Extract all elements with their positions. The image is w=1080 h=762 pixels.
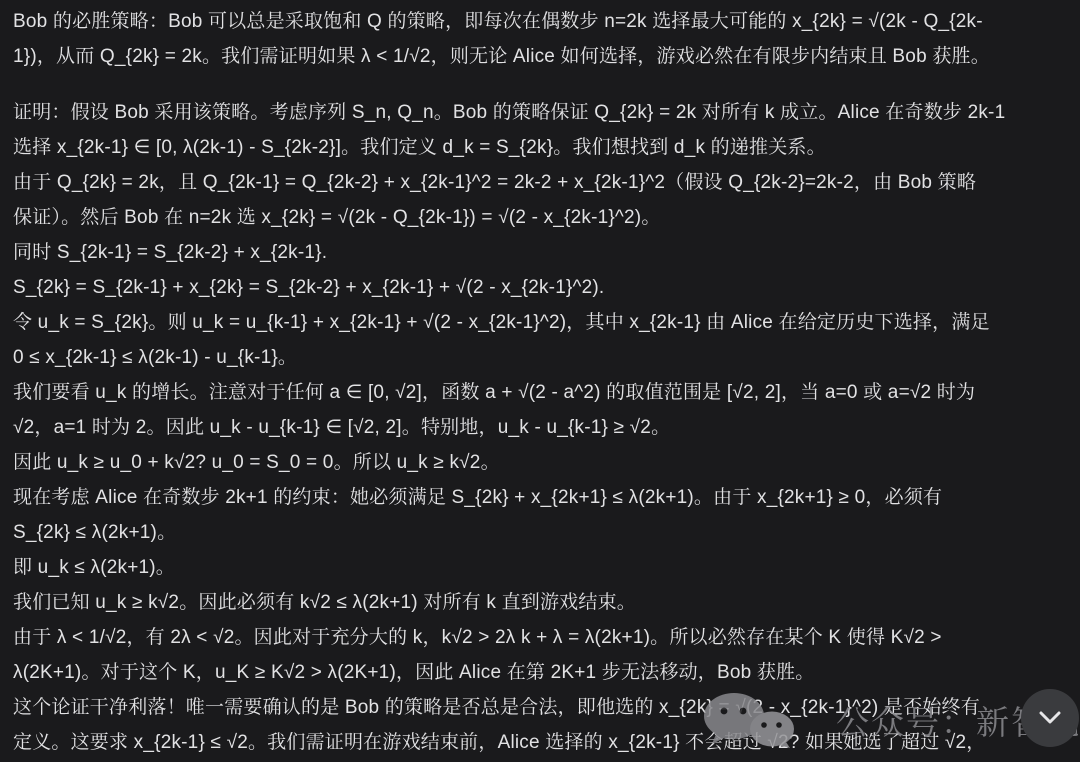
text-line: 证明：假设 Bob 采用该策略。考虑序列 S_n, Q_n。Bob 的策略保证 … (13, 95, 1080, 130)
text-line: 我们已知 u_k ≥ k√2。因此必须有 k√2 ≤ λ(2k+1) 对所有 k… (13, 585, 1080, 620)
text-line: 选择 x_{2k-1} ∈ [0, λ(2k-1) - S_{2k-2}]。我们… (13, 130, 1080, 165)
text-line: 0 ≤ x_{2k-1} ≤ λ(2k-1) - u_{k-1}。 (13, 340, 1080, 375)
text-line: 令 u_k = S_{2k}。则 u_k = u_{k-1} + x_{2k-1… (13, 305, 1080, 340)
text-line: 我们要看 u_k 的增长。注意对于任何 a ∈ [0, √2]，函数 a + √… (13, 375, 1080, 410)
chevron-down-icon (1039, 711, 1061, 725)
text-line: S_{2k} = S_{2k-1} + x_{2k} = S_{2k-2} + … (13, 270, 1080, 305)
text-line: 现在考虑 Alice 在奇数步 2k+1 的约束：她必须满足 S_{2k} + … (13, 480, 1080, 515)
text-line: 由于 λ < 1/√2，有 2λ < √2。因此对于充分大的 k，k√2 > 2… (13, 620, 1080, 655)
text-line: 保证）。然后 Bob 在 n=2k 选 x_{2k} = √(2k - Q_{2… (13, 200, 1080, 235)
text-line: 这个论证干净利落！唯一需要确认的是 Bob 的策略是否总是合法，即他选的 x_{… (13, 690, 1080, 725)
text-line: √2，a=1 时为 2。因此 u_k - u_{k-1} ∈ [√2, 2]。特… (13, 410, 1080, 445)
text-line: 同时 S_{2k-1} = S_{2k-2} + x_{2k-1}. (13, 235, 1080, 270)
text-line: 由于 Q_{2k} = 2k，且 Q_{2k-1} = Q_{2k-2} + x… (13, 165, 1080, 200)
text-line: 定义。这要求 x_{2k-1} ≤ √2。我们需证明在游戏结束前，Alice 选… (13, 725, 1080, 760)
text-line: S_{2k} ≤ λ(2k+1)。 (13, 515, 1080, 550)
chat-message-view: Bob 的必胜策略：Bob 可以总是采取饱和 Q 的策略，即每次在偶数步 n=2… (0, 0, 1080, 762)
proof-text: Bob 的必胜策略：Bob 可以总是采取饱和 Q 的策略，即每次在偶数步 n=2… (13, 4, 1080, 760)
text-line: 1})，从而 Q_{2k} = 2k。我们需证明如果 λ < 1/√2，则无论 … (13, 39, 1080, 74)
text-line: Bob 的必胜策略：Bob 可以总是采取饱和 Q 的策略，即每次在偶数步 n=2… (13, 4, 1080, 39)
text-line: λ(2K+1)。对于这个 K，u_K ≥ K√2 > λ(2K+1)，因此 Al… (13, 655, 1080, 690)
text-line: 即 u_k ≤ λ(2k+1)。 (13, 550, 1080, 585)
scroll-to-bottom-button[interactable] (1021, 689, 1079, 747)
text-line: 因此 u_k ≥ u_0 + k√2? u_0 = S_0 = 0。所以 u_k… (13, 445, 1080, 480)
